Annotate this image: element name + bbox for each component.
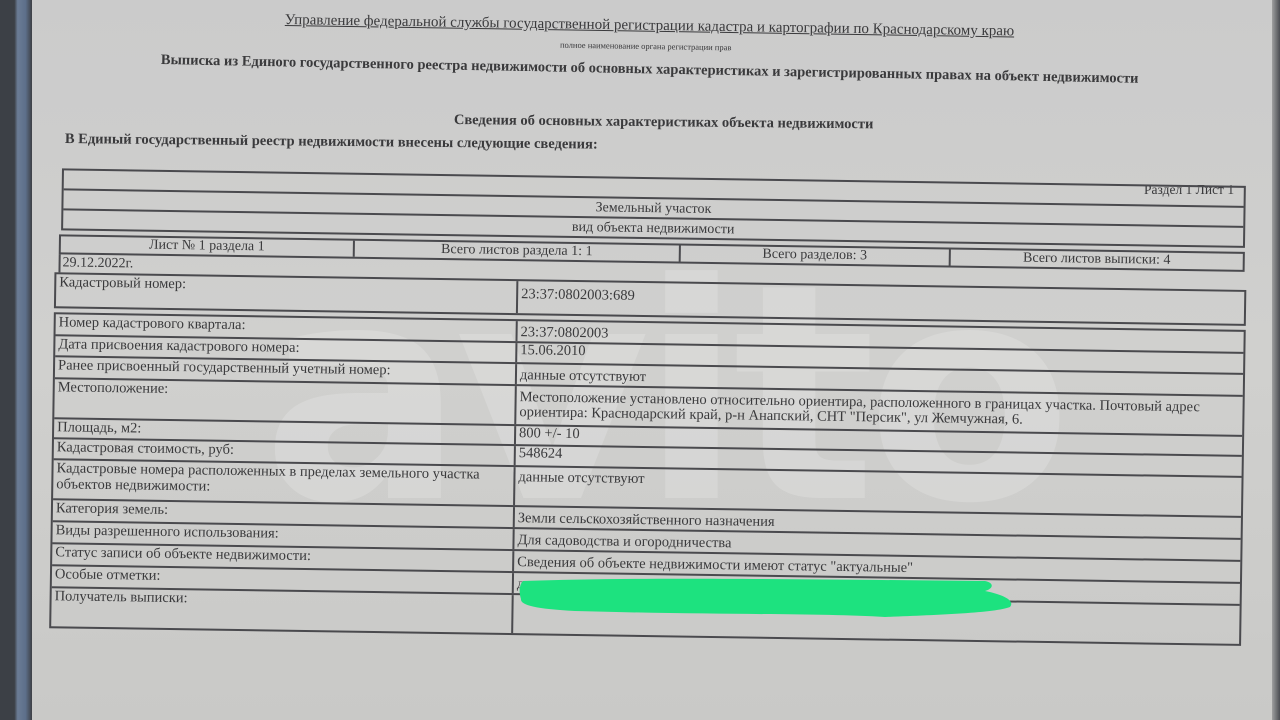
field-label: Получатель выписки: bbox=[51, 588, 514, 633]
section-sheets-count: Всего листов раздела 1: 1 bbox=[355, 241, 681, 262]
monitor-bezel-right bbox=[1272, 0, 1280, 720]
characteristics-table: Номер кадастрового квартала: 23:37:08020… bbox=[49, 312, 1246, 646]
monitor-bezel-left bbox=[0, 0, 32, 720]
field-value: 23:37:0802003:689 bbox=[518, 281, 1244, 324]
total-sheets: Всего листов выписки: 4 bbox=[951, 250, 1243, 270]
extract-table: Земельный участок вид объекта недвижимос… bbox=[31, 168, 1260, 646]
sheet-number: Лист № 1 раздела 1 bbox=[61, 236, 355, 256]
field-label: Кадастровый номер: bbox=[56, 274, 518, 313]
field-label: Кадастровые номера расположенных в преде… bbox=[53, 460, 516, 505]
field-label: Местоположение: bbox=[54, 379, 517, 424]
total-sections: Всего разделов: 3 bbox=[681, 246, 951, 266]
